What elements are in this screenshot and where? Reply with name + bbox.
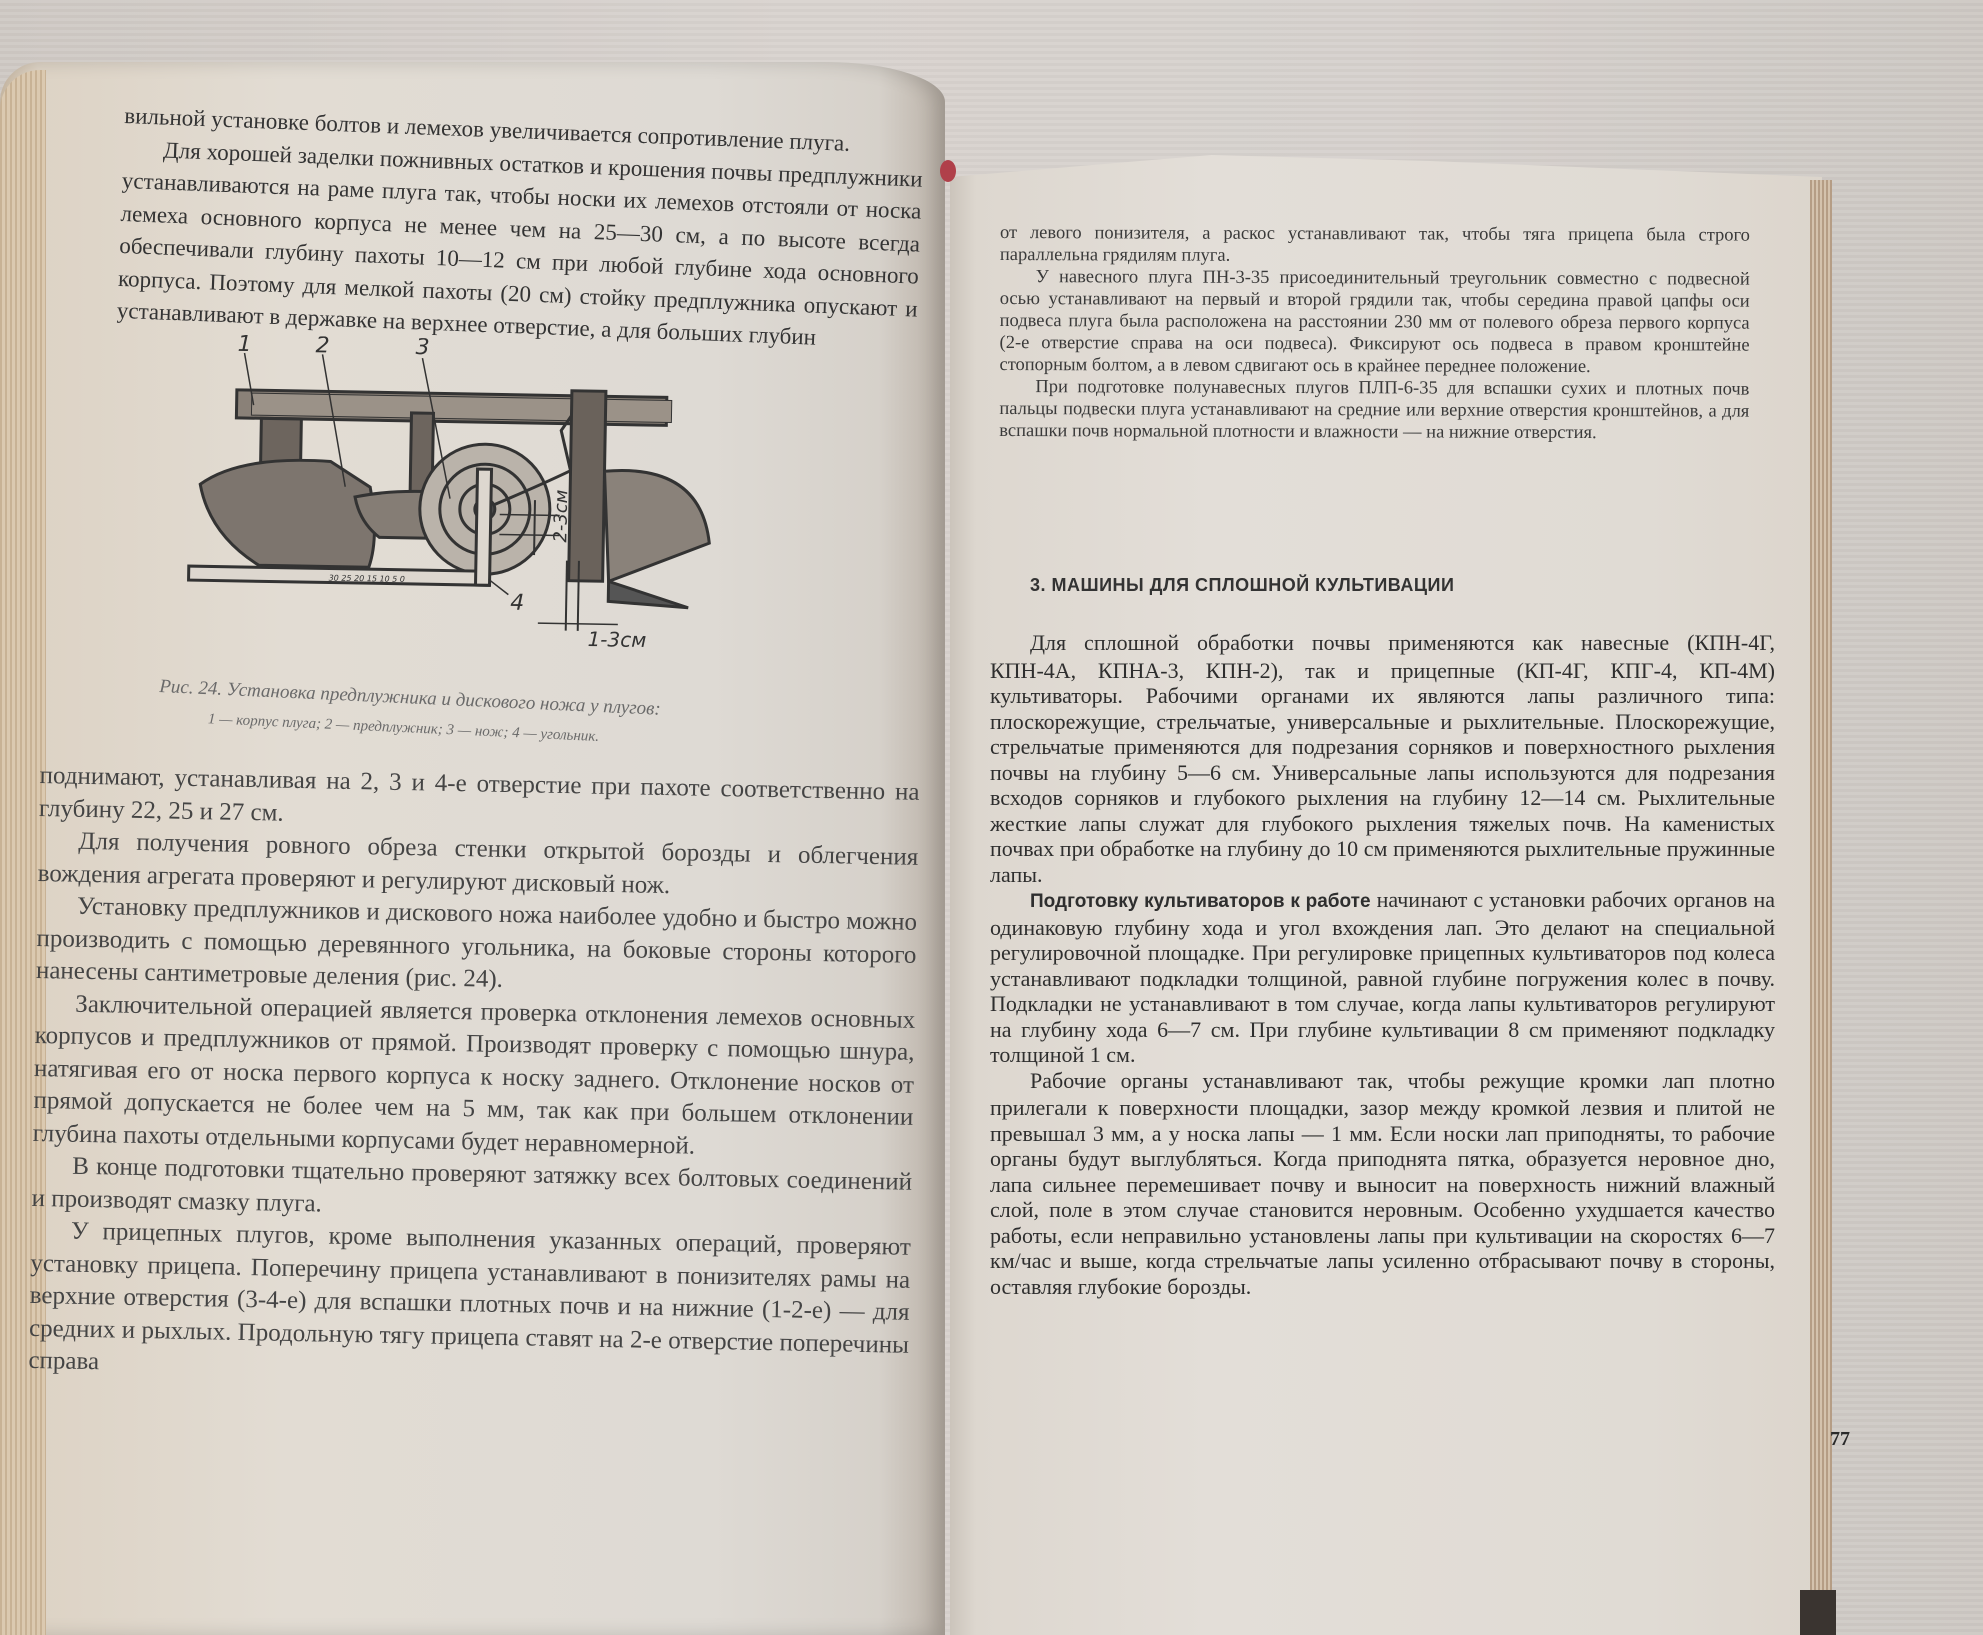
left-page-bottom-text: поднимают, устанавливая на 2, 3 и 4-е от… [28, 760, 920, 1394]
figure-label-4: 4 [510, 591, 524, 616]
paragraph-text: Рабочие органы устанавливают так, чтобы … [990, 1068, 1775, 1299]
page-number: 77 [1830, 1428, 1850, 1451]
paragraph-text: начинают с установки рабочих органов на … [990, 887, 1775, 1067]
figure-label-1: 1 [237, 334, 251, 357]
paragraph-lead: Подготовку культиваторов к работе [1030, 891, 1371, 912]
paragraph: Для сплошной обработки почвы применяются… [990, 630, 1775, 887]
plough-drawing-icon: 1 2 3 4 2-3см 1-3см 30 25 20 15 10 5 0 [177, 334, 882, 666]
paragraph: У навесного плуга ПН-3-35 присоединитель… [999, 266, 1749, 379]
ruler-marks: 30 25 20 15 10 5 0 [329, 573, 405, 583]
right-page-body: Для сплошной обработки почвы применяются… [990, 630, 1775, 1299]
right-page-top-text: от левого понизителя, а раскос устанавли… [999, 222, 1750, 445]
figure-plough-illustration: 1 2 3 4 2-3см 1-3см 30 25 20 15 10 5 0 [177, 334, 882, 666]
paragraph: При подготовке полунавесных плугов ПЛП-6… [999, 376, 1749, 445]
paragraph: Подготовку культиваторов к работе начина… [990, 887, 1775, 1068]
figure-label-3: 3 [415, 335, 429, 360]
paragraph: от левого понизителя, а раскос устанавли… [1000, 222, 1750, 269]
section-heading: 3. МАШИНЫ ДЛЯ СПЛОШНОЙ КУЛЬТИВАЦИИ [1030, 575, 1454, 596]
left-page-top-text: вильной установке болтов и лемехов увели… [116, 100, 924, 358]
paragraph-text: Для сплошной обработки почвы применяются… [990, 630, 1775, 887]
dimension-vertical: 2-3см [550, 489, 572, 542]
paragraph: Для хорошей заделки пожнивных остатков и… [116, 132, 923, 358]
paragraph: Заключительной операцией является провер… [33, 987, 916, 1166]
dimension-horizontal: 1-3см [587, 627, 646, 652]
paragraph: Установку предплужников и дискового ножа… [36, 890, 918, 1004]
right-page-edge [1810, 180, 1832, 1620]
figure-label-2: 2 [315, 334, 329, 359]
paragraph: Рабочие органы устанавливают так, чтобы … [990, 1068, 1775, 1300]
book-cover-corner [1800, 1590, 1836, 1635]
bookmark-ribbon-icon [940, 160, 956, 182]
paragraph: У прицепных плугов, кроме выполнения ука… [28, 1215, 911, 1394]
